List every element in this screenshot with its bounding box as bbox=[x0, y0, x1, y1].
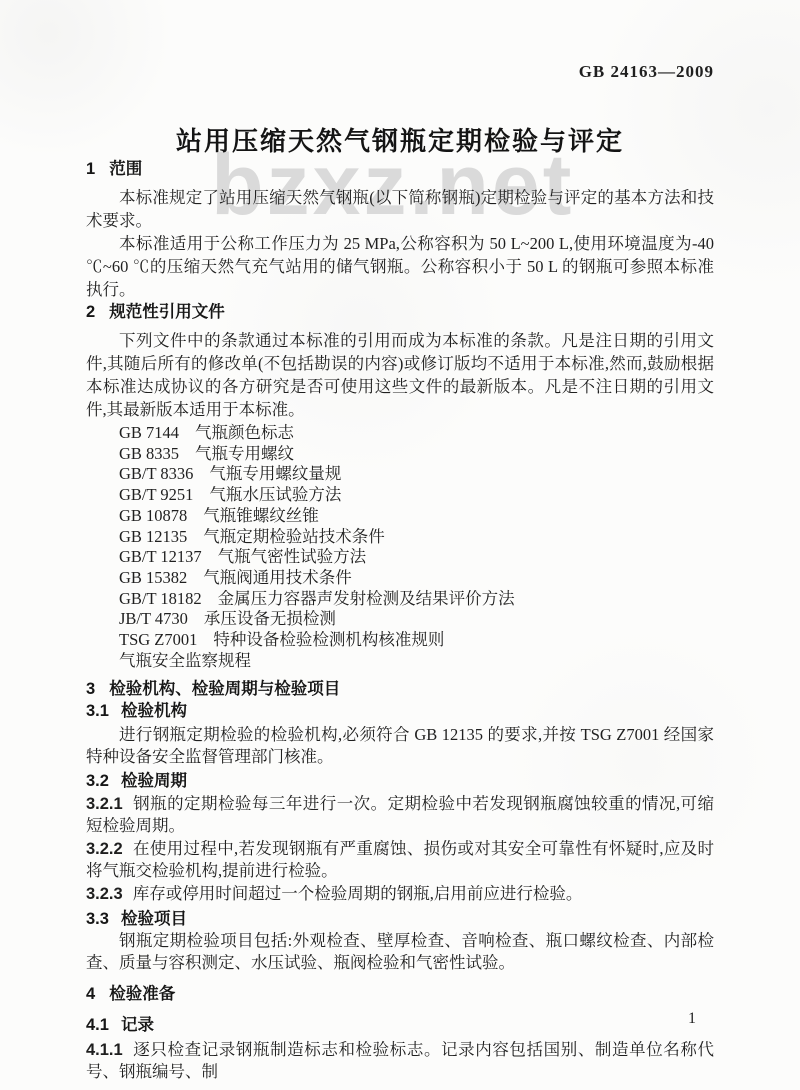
section-number: 3.3 bbox=[86, 910, 109, 928]
page-content: GB 24163—2009 站用压缩天然气钢瓶定期检验与评定 1范围 本标准规定… bbox=[0, 0, 800, 1083]
clause-number: 3.2.3 bbox=[86, 885, 123, 903]
reference-item: GB/T 18182金属压力容器声发射检测及结果评价方法 bbox=[119, 589, 714, 610]
clause-text: 逐只检查记录钢瓶制造标志和检验标志。记录内容包括国别、制造单位名称代号、钢瓶编号… bbox=[86, 1040, 714, 1081]
section-title: 检验准备 bbox=[109, 985, 175, 1003]
section-number: 4.1 bbox=[86, 1016, 109, 1034]
section-4-1-heading: 4.1记录 bbox=[86, 1014, 714, 1036]
reference-code: GB/T 9251 bbox=[119, 485, 193, 504]
reference-code: GB/T 8336 bbox=[119, 464, 193, 483]
section-number: 3.2 bbox=[86, 772, 109, 790]
reference-name: 气瓶锥螺纹丝锥 bbox=[203, 506, 319, 525]
reference-code: GB 8335 bbox=[119, 444, 179, 463]
normative-references-list: GB 7144气瓶颜色标志 GB 8335气瓶专用螺纹 GB/T 8336气瓶专… bbox=[119, 423, 714, 671]
section-4-heading: 4检验准备 bbox=[86, 983, 714, 1005]
section-number: 2 bbox=[86, 303, 95, 321]
section-number: 3.1 bbox=[86, 702, 109, 720]
reference-item: GB/T 9251气瓶水压试验方法 bbox=[119, 485, 714, 506]
reference-item: GB 7144气瓶颜色标志 bbox=[119, 423, 714, 444]
reference-code: GB/T 18182 bbox=[119, 589, 202, 608]
reference-name: 承压设备无损检测 bbox=[204, 609, 336, 628]
section-3-heading: 3检验机构、检验周期与检验项目 bbox=[86, 678, 714, 700]
clause-number: 3.2.1 bbox=[86, 795, 123, 813]
section-title: 检验机构 bbox=[121, 702, 187, 720]
reference-name: 金属压力容器声发射检测及结果评价方法 bbox=[218, 589, 515, 608]
reference-item: 气瓶安全监察规程 bbox=[119, 651, 714, 672]
clause-4-1-1: 4.1.1逐只检查记录钢瓶制造标志和检验标志。记录内容包括国别、制造单位名称代号… bbox=[86, 1039, 714, 1083]
reference-code: JB/T 4730 bbox=[119, 609, 188, 628]
reference-name: 气瓶水压试验方法 bbox=[209, 485, 341, 504]
section-3-3-heading: 3.3检验项目 bbox=[86, 908, 714, 930]
reference-name: 气瓶气密性试验方法 bbox=[218, 547, 367, 566]
section-number: 4 bbox=[86, 985, 95, 1003]
reference-item: TSG Z7001特种设备检验检测机构核准规则 bbox=[119, 630, 714, 651]
reference-item: GB/T 8336气瓶专用螺纹量规 bbox=[119, 464, 714, 485]
reference-item: GB 15382气瓶阀通用技术条件 bbox=[119, 568, 714, 589]
reference-item: JB/T 4730承压设备无损检测 bbox=[119, 609, 714, 630]
page-number: 1 bbox=[688, 1010, 696, 1028]
reference-item: GB 10878气瓶锥螺纹丝锥 bbox=[119, 506, 714, 527]
reference-item: GB 12135气瓶定期检验站技术条件 bbox=[119, 527, 714, 548]
reference-name: 气瓶定期检验站技术条件 bbox=[203, 527, 385, 546]
reference-item: GB 8335气瓶专用螺纹 bbox=[119, 444, 714, 465]
section-3-2-heading: 3.2检验周期 bbox=[86, 770, 714, 792]
reference-name: 气瓶专用螺纹 bbox=[195, 444, 294, 463]
reference-code: GB 12135 bbox=[119, 527, 187, 546]
standard-code: GB 24163—2009 bbox=[86, 62, 714, 82]
scanned-standard-page: bzxz.net GB 24163—2009 站用压缩天然气钢瓶定期检验与评定 … bbox=[0, 0, 800, 1090]
reference-code: TSG Z7001 bbox=[119, 630, 197, 649]
section-number: 1 bbox=[86, 160, 95, 178]
reference-code: GB 7144 bbox=[119, 423, 179, 442]
reference-item: GB/T 12137气瓶气密性试验方法 bbox=[119, 547, 714, 568]
section-2-paragraph-1: 下列文件中的条款通过本标准的引用而成为本标准的条款。凡是注日期的引用文件,其随后… bbox=[86, 329, 714, 421]
reference-code: GB 10878 bbox=[119, 506, 187, 525]
clause-3-2-2: 3.2.2在使用过程中,若发现钢瓶有严重腐蚀、损伤或对其安全可靠性有怀疑时,应及… bbox=[86, 838, 714, 882]
clause-number: 3.2.2 bbox=[86, 840, 123, 858]
section-1-paragraph-1: 本标准规定了站用压缩天然气钢瓶(以下简称钢瓶)定期检验与评定的基本方法和技术要求… bbox=[86, 186, 714, 232]
section-title: 检验周期 bbox=[121, 772, 187, 790]
section-title: 检验项目 bbox=[121, 910, 187, 928]
reference-code: GB 15382 bbox=[119, 568, 187, 587]
section-title: 规范性引用文件 bbox=[109, 303, 225, 321]
reference-name: 气瓶专用螺纹量规 bbox=[209, 464, 341, 483]
reference-name: 气瓶阀通用技术条件 bbox=[203, 568, 352, 587]
clause-3-2-1: 3.2.1钢瓶的定期检验每三年进行一次。定期检验中若发现钢瓶腐蚀较重的情况,可缩… bbox=[86, 793, 714, 837]
section-title: 记录 bbox=[121, 1016, 154, 1034]
clause-text: 在使用过程中,若发现钢瓶有严重腐蚀、损伤或对其安全可靠性有怀疑时,应及时将气瓶交… bbox=[86, 839, 714, 880]
clause-text: 库存或停用时间超过一个检验周期的钢瓶,启用前应进行检验。 bbox=[133, 884, 583, 903]
clause-3-2-3: 3.2.3库存或停用时间超过一个检验周期的钢瓶,启用前应进行检验。 bbox=[86, 883, 714, 905]
section-number: 3 bbox=[86, 680, 95, 698]
section-1-paragraph-2: 本标准适用于公称工作压力为 25 MPa,公称容积为 50 L~200 L,使用… bbox=[86, 232, 714, 301]
reference-name: 气瓶颜色标志 bbox=[195, 423, 294, 442]
reference-name: 气瓶安全监察规程 bbox=[119, 651, 251, 670]
section-1-heading: 1范围 bbox=[86, 158, 714, 180]
section-3-1-paragraph: 进行钢瓶定期检验的检验机构,必须符合 GB 12135 的要求,并按 TSG Z… bbox=[86, 724, 714, 768]
section-2-heading: 2规范性引用文件 bbox=[86, 301, 714, 323]
reference-code: GB/T 12137 bbox=[119, 547, 202, 566]
reference-name: 特种设备检验检测机构核准规则 bbox=[213, 630, 444, 649]
section-title: 检验机构、检验周期与检验项目 bbox=[109, 680, 340, 698]
section-3-1-heading: 3.1检验机构 bbox=[86, 700, 714, 722]
section-3-3-paragraph: 钢瓶定期检验项目包括:外观检查、壁厚检查、音响检查、瓶口螺纹检查、内部检查、质量… bbox=[86, 930, 714, 974]
section-title: 范围 bbox=[109, 160, 142, 178]
clause-text: 钢瓶的定期检验每三年进行一次。定期检验中若发现钢瓶腐蚀较重的情况,可缩短检验周期… bbox=[86, 794, 714, 835]
document-title: 站用压缩天然气钢瓶定期检验与评定 bbox=[86, 124, 714, 158]
clause-number: 4.1.1 bbox=[86, 1041, 123, 1059]
